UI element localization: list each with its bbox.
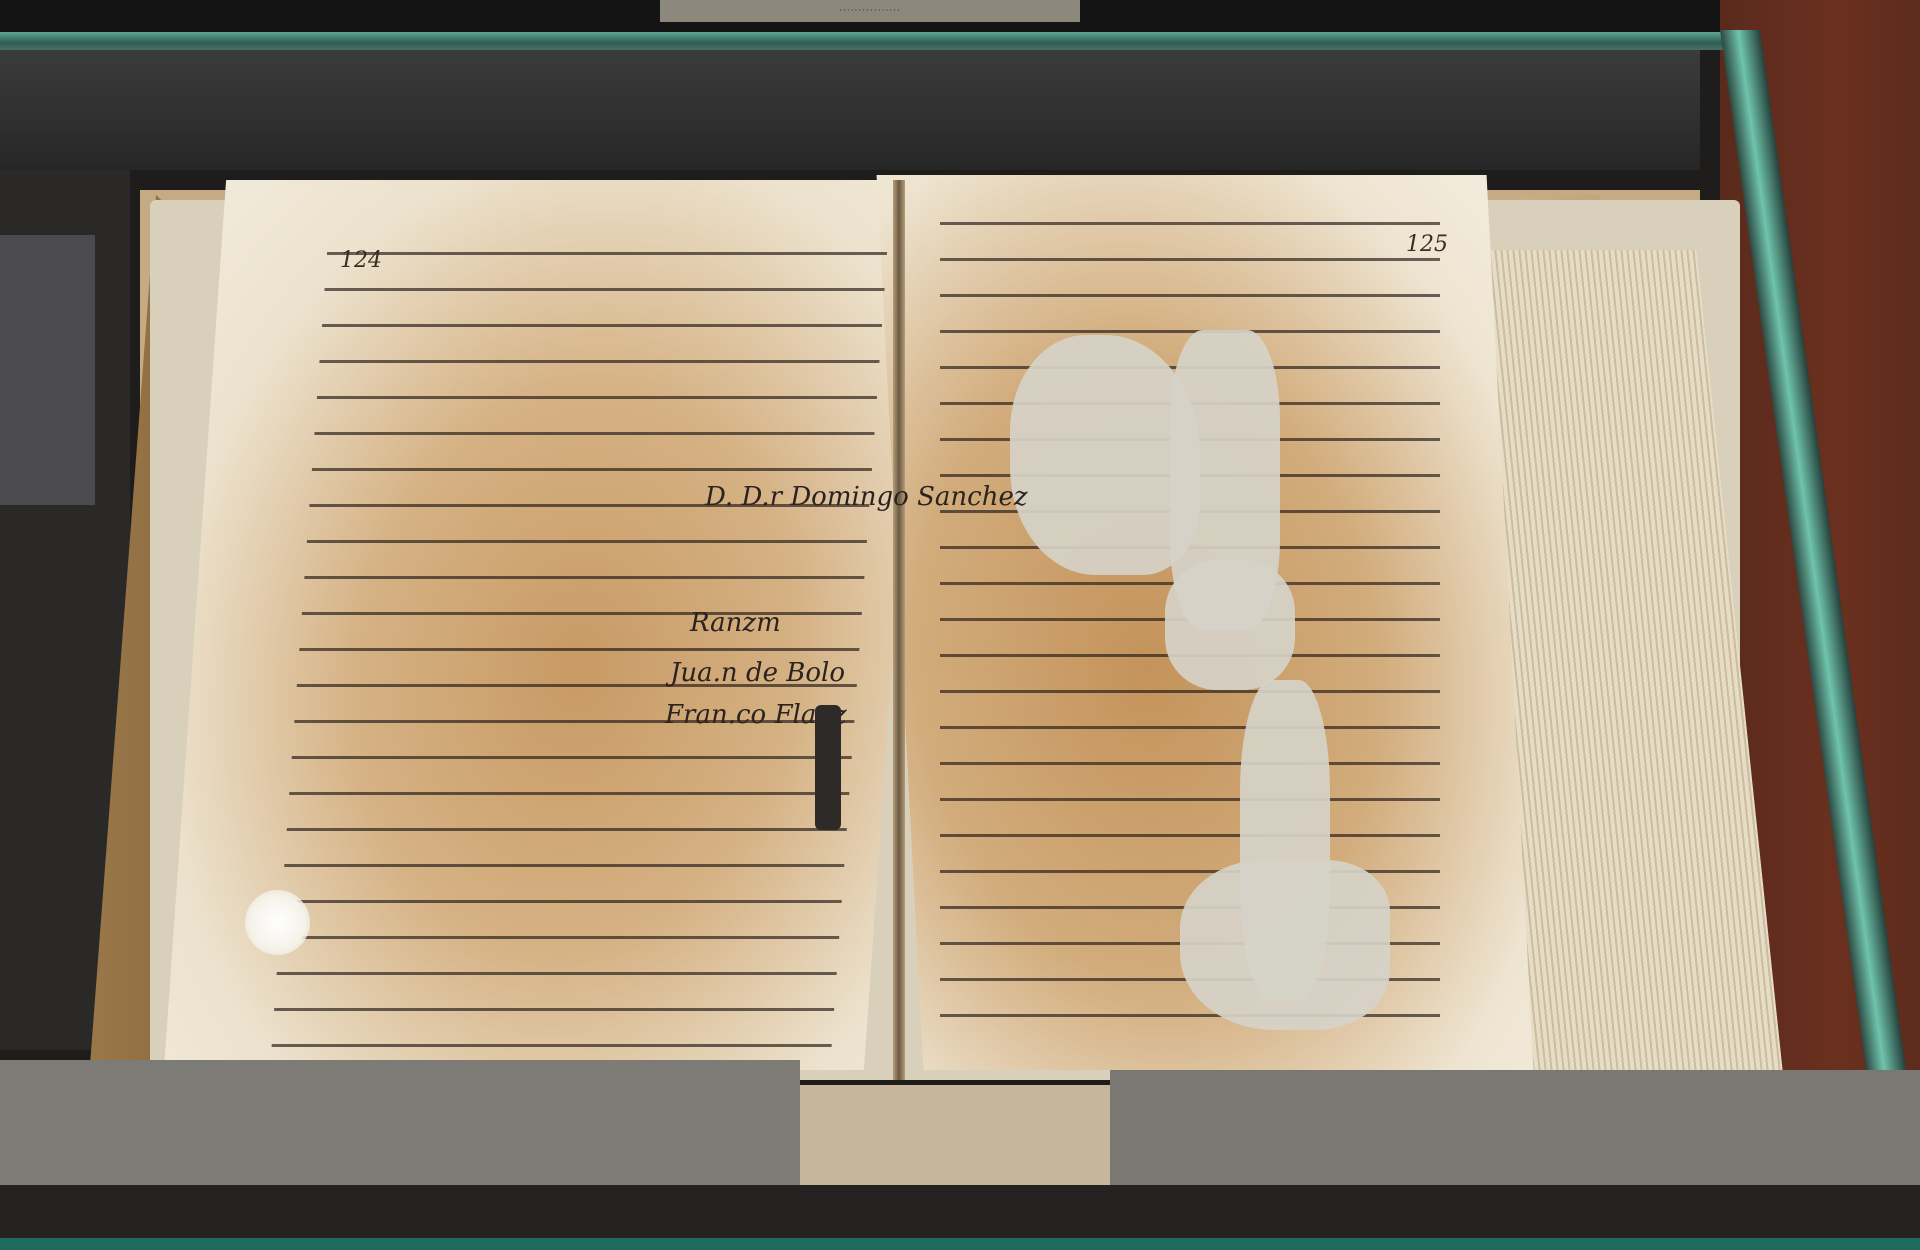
exhibit-label-text: ················ (660, 0, 1080, 22)
paper-loss-repair (1165, 560, 1295, 690)
left-page-handwriting (271, 230, 888, 1050)
page-number-right: 125 (1406, 232, 1448, 257)
fabric-support-tab-left (0, 1060, 800, 1190)
signature-domingo-sanchez: D. D.r Domingo Sanchez (705, 482, 1028, 512)
light-glare (245, 890, 310, 955)
page-number-left: 124 (340, 248, 382, 273)
fabric-support-tab-right (1110, 1070, 1920, 1190)
glass-edge-bottom (0, 1238, 1920, 1250)
exhibit-label-plate: ················ (660, 0, 1080, 22)
bookmark-ribbon (815, 705, 841, 830)
signature-line: Ranzm (690, 608, 781, 638)
case-frame (0, 50, 1700, 170)
book-gutter (893, 180, 905, 1080)
signature-line: Jua.n de Bolo (670, 658, 845, 688)
felt-lining-bottom (0, 1185, 1920, 1240)
book-cradle-center (800, 1085, 1110, 1185)
paper-loss-repair (1180, 860, 1390, 1030)
glass-edge-top (0, 32, 1760, 50)
side-card (0, 235, 95, 505)
